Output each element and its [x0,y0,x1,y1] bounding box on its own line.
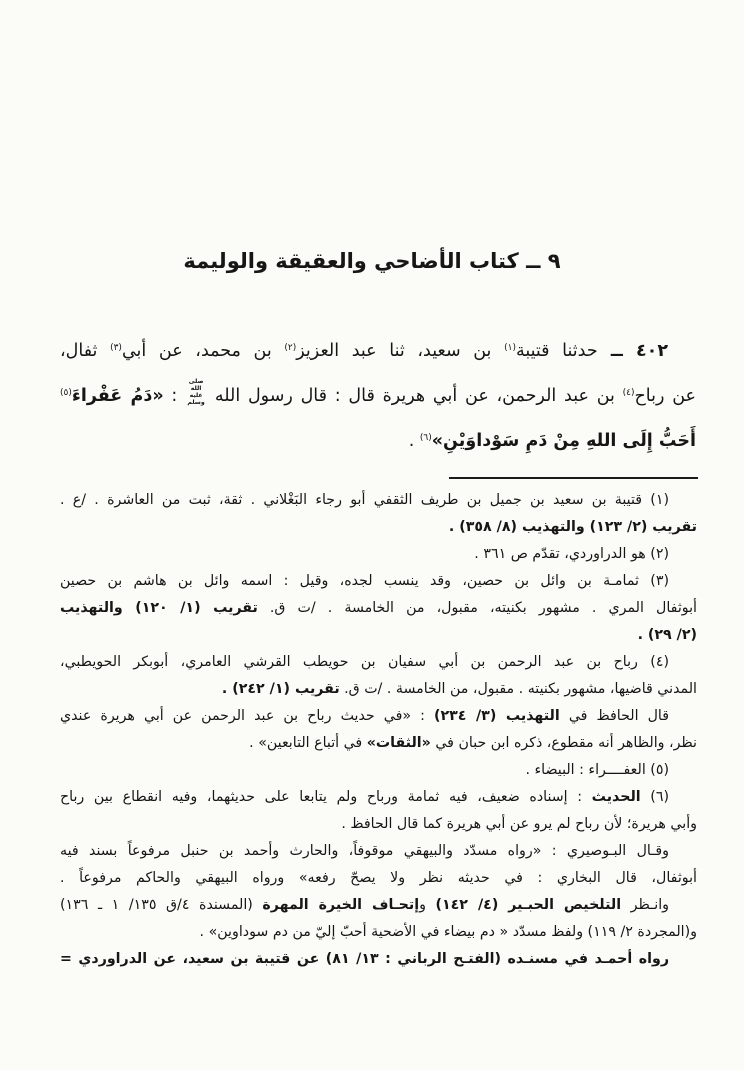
text-line: المدني قاضيها، مشهور بكنيته . مقبول، من … [60,676,697,703]
text-line: أَحَبُّ إِلَى اللهِ مِنْ دَمِ سَوْداوَيْ… [60,420,696,465]
text-line: (٥) العفــــراء : البيضاء . [60,757,697,784]
text-segment: وقـال البـوصيري : «رواه مسدّد والبيهقي م… [60,843,669,859]
text-segment: (٣) ثمامـة بن وائل بن حصين، وقد ينسب لجد… [60,573,669,589]
text-segment: بن سعيد، ثنا عبد العزيز [296,341,504,361]
text-segment: : «في حديث رباح بن عبد الرحمن عن أبي هري… [60,708,434,724]
footnote-ref: (٦) [420,433,432,443]
footnote-ref: (٣) [110,343,122,353]
text-segment: قال الحافظ في [560,708,669,724]
text-segment: وانـظر [621,897,669,913]
text-segment: (٢) هو الدراوردي، تقدّم ص ٣٦١ . [474,546,669,562]
text-line: (١) قتيبة بن سعيد بن جميل بن طريف الثقفي… [60,487,697,514]
text-line: (٢) هو الدراوردي، تقدّم ص ٣٦١ . [60,541,697,568]
text-segment: تقريب (١/ ١٢٠) والتهذيب [60,600,258,616]
text-line: (٢/ ٢٩) . [60,622,697,649]
text-segment: «الثقات» [367,735,431,751]
text-segment: الحديث [592,789,641,805]
text-line: وأبي هريرة؛ لأن رباح لم يرو عن أبي هريرة… [60,811,697,838]
text-line: (٦) الحديث : إسناده ضعيف، فيه ثمامة وربا… [60,784,697,811]
text-segment: المدني قاضيها، مشهور بكنيته . مقبول، من … [340,681,697,697]
footnote-ref: (١) [504,343,516,353]
footnote-ref: (٤) [623,388,635,398]
text-line: (٤) رباح بن عبد الرحمن بن أبي سفيان بن ح… [60,649,697,676]
text-segment: التهذيب (٣/ ٢٣٤) [434,708,560,724]
text-line: (٣) ثمامـة بن وائل بن حصين، وقد ينسب لجد… [60,568,697,595]
chapter-heading: ٩ ــ كتاب الأضاحي والعقيقة والوليمة [0,249,744,273]
text-segment: . [409,431,420,451]
text-segment: «دَمُ عَفْراءَ [72,386,164,406]
text-segment: تقريب (٢/ ١٢٣) والتهذيب (٨/ ٣٥٨) . [449,519,697,535]
text-segment: تقريب (١/ ٢٤٢) . [222,681,340,697]
text-segment: ثفال، [60,341,110,361]
text-segment: حدثنا قتيبة [516,341,598,361]
text-line: عن رباح(٤) بن عبد الرحمن، عن أبي هريرة ق… [60,375,696,420]
text-segment: (٥) العفــــراء : البيضاء . [525,762,669,778]
text-segment: أبوثفال المري . مشهور بكنيته، مقبول، من … [258,600,697,616]
footnote-ref: (٢) [284,343,296,353]
text-segment: إتحـاف الخيرة المهرة [262,897,419,913]
text-line: أبوثفال، قال البخاري : في حديثه نظر ولا … [60,865,697,892]
text-segment: (٢/ ٢٩) . [638,627,697,643]
footnote-separator [449,477,698,479]
text-line: قال الحافظ في التهذيب (٣/ ٢٣٤) : «في حدي… [60,703,697,730]
book-page: ٩ ــ كتاب الأضاحي والعقيقة والوليمة ٤٠٢ … [0,0,744,1070]
text-segment: : [164,386,185,406]
text-line: و(المجردة ٢/ ١١٩) ولفظ مسدّد « دم بيضاء … [60,919,697,946]
text-line: ٤٠٢ ــ حدثنا قتيبة(١) بن سعيد، ثنا عبد ا… [60,330,696,375]
text-segment: في أتباع التابعين» . [249,735,367,751]
text-segment: ٤٠٢ ــ [598,341,668,361]
text-segment: : إسناده ضعيف، فيه ثمامة ورباح ولم يتابع… [60,789,592,805]
text-segment: (١) قتيبة بن سعيد بن جميل بن طريف الثقفي… [60,492,669,508]
text-segment: نظر، والظاهر أنه مقطوع، ذكره ابن حبان في [431,735,697,751]
text-segment: رواه أحمـد في مسنـده (الفتـح الرباني : ١… [60,951,669,967]
text-line: تقريب (٢/ ١٢٣) والتهذيب (٨/ ٣٥٨) . [60,514,697,541]
text-segment: (٤) رباح بن عبد الرحمن بن أبي سفيان بن ح… [60,654,669,670]
text-line: نظر، والظاهر أنه مقطوع، ذكره ابن حبان في… [60,730,697,757]
footnotes-text: (١) قتيبة بن سعيد بن جميل بن طريف الثقفي… [60,487,697,973]
text-segment: أبوثفال، قال البخاري : في حديثه نظر ولا … [60,870,697,886]
text-segment: عن رباح [635,386,696,406]
text-segment: وأبي هريرة؛ لأن رباح لم يرو عن أبي هريرة… [341,816,697,832]
text-segment: و [419,897,435,913]
text-segment: (٦) [641,789,669,805]
text-line: وانـظر التلخيص الحبـير (٤/ ١٤٢) وإتحـاف … [60,892,697,919]
text-line: رواه أحمـد في مسنـده (الفتـح الرباني : ١… [60,946,697,973]
text-line: وقـال البـوصيري : «رواه مسدّد والبيهقي م… [60,838,697,865]
text-segment: (المسندة ٤/ق ١٣٥/ ١ ـ ١٣٦) [60,897,262,913]
text-line: أبوثفال المري . مشهور بكنيته، مقبول، من … [60,595,697,622]
text-segment: أَحَبُّ إِلَى اللهِ مِنْ دَمِ سَوْداوَيْ… [432,431,696,451]
footnote-ref: (٥) [60,388,72,398]
text-segment: و(المجردة ٢/ ١١٩) ولفظ مسدّد « دم بيضاء … [200,924,697,940]
text-segment: التلخيص الحبـير (٤/ ١٤٢) [436,897,622,913]
salla-ligature: صلى الله عليه وسلم [185,378,207,407]
text-segment: بن عبد الرحمن، عن أبي هريرة قال : قال رس… [207,386,623,406]
hadith-text: ٤٠٢ ــ حدثنا قتيبة(١) بن سعيد، ثنا عبد ا… [60,330,696,465]
text-segment: بن محمد، عن أبي [122,341,284,361]
